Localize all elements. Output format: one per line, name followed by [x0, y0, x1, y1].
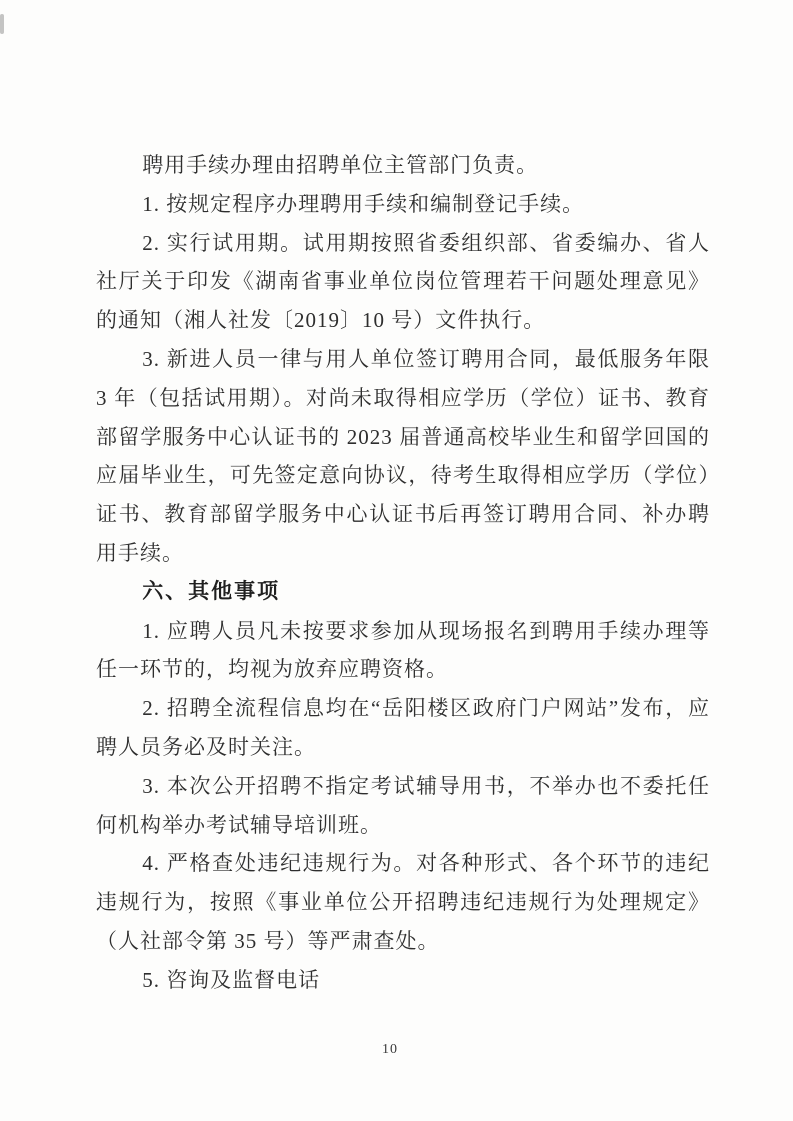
paragraph-item-4-violations: 4. 严格查处违纪违规行为。对各种形式、各个环节的违纪违规行为，按照《事业单位公… — [96, 844, 710, 960]
scan-artifact — [0, 14, 4, 34]
paragraph-item-3-contract: 3. 新进人员一律与用人单位签订聘用合同，最低服务年限 3 年（包括试用期）。对… — [96, 340, 710, 573]
paragraph-item-5-contact-phone: 5. 咨询及监督电话 — [96, 961, 710, 1000]
document-body: 聘用手续办理由招聘单位主管部门负责。 1. 按规定程序办理聘用手续和编制登记手续… — [96, 146, 710, 1000]
paragraph-item-1-forfeit-eligibility: 1. 应聘人员凡未按要求参加从现场报名到聘用手续办理等任一环节的，均视为放弃应聘… — [96, 612, 710, 690]
paragraph-item-1-procedures: 1. 按规定程序办理聘用手续和编制登记手续。 — [96, 185, 710, 224]
page-number: 10 — [0, 1042, 780, 1058]
section-heading-other-matters: 六、其他事项 — [96, 573, 710, 612]
paragraph-hiring-responsibility: 聘用手续办理由招聘单位主管部门负责。 — [96, 146, 710, 185]
paragraph-item-2-official-website: 2. 招聘全流程信息均在“岳阳楼区政府门户网站”发布，应聘人员务必及时关注。 — [96, 689, 710, 767]
paragraph-item-3-no-exam-materials: 3. 本次公开招聘不指定考试辅导用书，不举办也不委托任何机构举办考试辅导培训班。 — [96, 767, 710, 845]
paragraph-item-2-probation: 2. 实行试用期。试用期按照省委组织部、省委编办、省人社厅关于印发《湖南省事业单… — [96, 224, 710, 340]
document-page: 聘用手续办理由招聘单位主管部门负责。 1. 按规定程序办理聘用手续和编制登记手续… — [0, 0, 793, 1121]
